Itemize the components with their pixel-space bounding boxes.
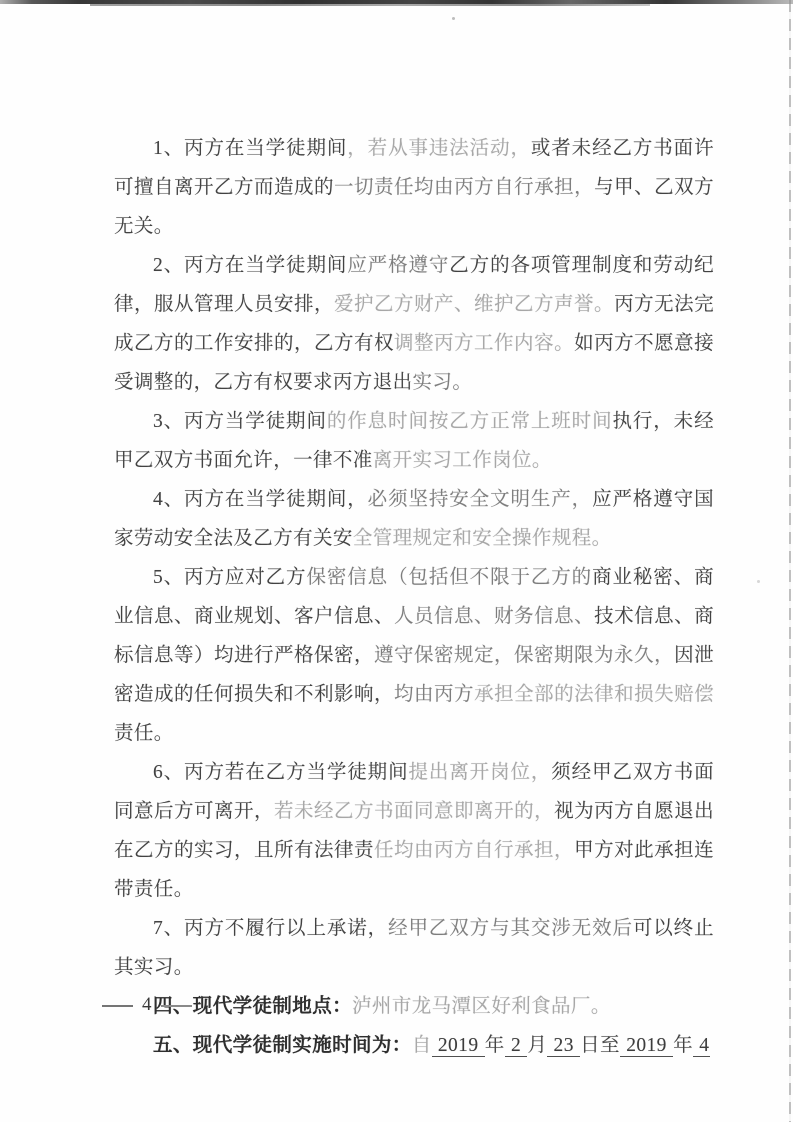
clause-7-segment: 7、丙方不履行以上承诺， [153, 918, 388, 939]
clause-6-segment: 提出离开岗位， [408, 762, 551, 783]
clause-2-segment: 调整丙方工作内容。 [394, 333, 574, 354]
page-number: 4 [142, 995, 152, 1016]
section-5-schedule-segment: 月 [527, 1035, 547, 1056]
clause-3-segment: 离开实习工作岗位。 [373, 450, 552, 471]
clause-4-segment: 全管理规定和安全操作规程。 [353, 528, 612, 549]
clause-6-segment: 若未经乙方书面同意即离开的， [274, 801, 554, 822]
clause-6: 6、丙方若在乙方当学徒期间提出离开岗位，须经甲乙双方书面同意后方可离开，若未经乙… [114, 753, 714, 909]
clause-5: 5、丙方应对乙方保密信息（包括但不限于乙方的商业秘密、商业信息、商业规划、客户信… [114, 558, 714, 753]
scan-speck [757, 580, 760, 583]
clause-2-segment: 实习。 [413, 372, 473, 393]
clause-1-segment: ，若从事违法活动， [347, 138, 531, 159]
scanned-contract-page: 1、丙方在当学徒期间，若从事违法活动，或者未经乙方书面许可擅自离开乙方而造成的一… [0, 0, 793, 1122]
clause-2-segment: 应严格遵守 [347, 255, 449, 276]
clause-4-segment: 4、丙方在当学徒期间， [153, 489, 368, 510]
page-footer: 4 [102, 995, 192, 1016]
clause-list: 1、丙方在当学徒期间，若从事违法活动，或者未经乙方书面许可擅自离开乙方而造成的一… [114, 129, 714, 1065]
section-5-schedule-segment: 自 [412, 1035, 432, 1056]
clause-1: 1、丙方在当学徒期间，若从事违法活动，或者未经乙方书面许可擅自离开乙方而造成的一… [114, 129, 714, 246]
clause-4-segment: 必须坚持安全文明生产， [368, 489, 592, 510]
section-5-schedule-segment: 2 [505, 1035, 528, 1057]
scan-artifact-right-edge-line [789, 0, 791, 1122]
section-5-schedule-segment: 2019 [432, 1035, 485, 1057]
clause-5-segment: 承担全部的法律和损失赔偿 [474, 684, 714, 705]
scan-speck [452, 17, 455, 20]
section-5-schedule-segment: 五、现代学徒制实施时间为： [153, 1035, 412, 1056]
clause-5-segment: 遵守保密规定，保密期限为永久， [374, 645, 674, 666]
clause-7: 7、丙方不履行以上承诺，经甲乙双方与其交涉无效后可以终止其实习。 [114, 909, 714, 987]
footer-dash-right [161, 1005, 192, 1007]
clause-5-segment: 保密信息（包括但不限于乙方的 [306, 567, 592, 588]
clause-4: 4、丙方在当学徒期间，必须坚持安全文明生产，应严格遵守国家劳动安全法及乙方有关安… [114, 480, 714, 558]
section-4-location: 四、现代学徒制地点：泸州市龙马潭区好利食品厂。 [114, 987, 714, 1026]
clause-6-segment: 6、丙方若在乙方当学徒期间 [153, 762, 408, 783]
clause-2-segment: 2、丙方在当学徒期间 [153, 255, 347, 276]
section-4-location-segment: 泸州市龙马潭区好利食品厂。 [352, 996, 611, 1017]
clause-1-segment: 1、丙方在当学徒期间 [153, 138, 347, 159]
clause-3: 3、丙方当学徒期间的作息时间按乙方正常上班时间执行，未经甲乙双方书面允许，一律不… [114, 402, 714, 480]
clause-3-segment: 3、丙方当学徒期间 [153, 411, 327, 432]
clause-2: 2、丙方在当学徒期间应严格遵守乙方的各项管理制度和劳动纪律，服从管理人员安排，爱… [114, 246, 714, 402]
section-5-schedule-segment: 年 [485, 1035, 505, 1056]
section-5-schedule-segment: 日至 [580, 1035, 620, 1056]
clause-6-segment: 任均由丙方自行承担， [374, 840, 574, 861]
section-5-schedule-segment: 4 [693, 1035, 710, 1057]
footer-dash-left [102, 1005, 133, 1007]
clause-1-segment: 一切责任均由丙方自行承担， [334, 177, 594, 198]
scan-artifact-top-edge-secondary [90, 4, 650, 6]
clause-5-segment: 人员信息、财务信息、 [394, 606, 594, 627]
clause-2-segment: 爱护乙方财产、维护乙方声誉。 [334, 294, 614, 315]
clause-7-segment: 经甲乙双方与其交涉无效后 [388, 918, 633, 939]
section-5-schedule: 五、现代学徒制实施时间为：自 2019 年 2 月 23 日至 2019 年 4 [114, 1026, 714, 1065]
clause-5-segment: 均由丙方 [394, 684, 474, 705]
section-5-schedule-segment: 年 [673, 1035, 693, 1056]
section-5-schedule-segment: 2019 [620, 1035, 673, 1057]
clause-3-segment: 的作息时间按乙方正常上班时间 [327, 411, 613, 432]
clause-5-segment: 责任。 [114, 723, 174, 744]
section-5-schedule-segment: 23 [547, 1035, 580, 1057]
clause-5-segment: 5、丙方应对乙方 [153, 567, 306, 588]
